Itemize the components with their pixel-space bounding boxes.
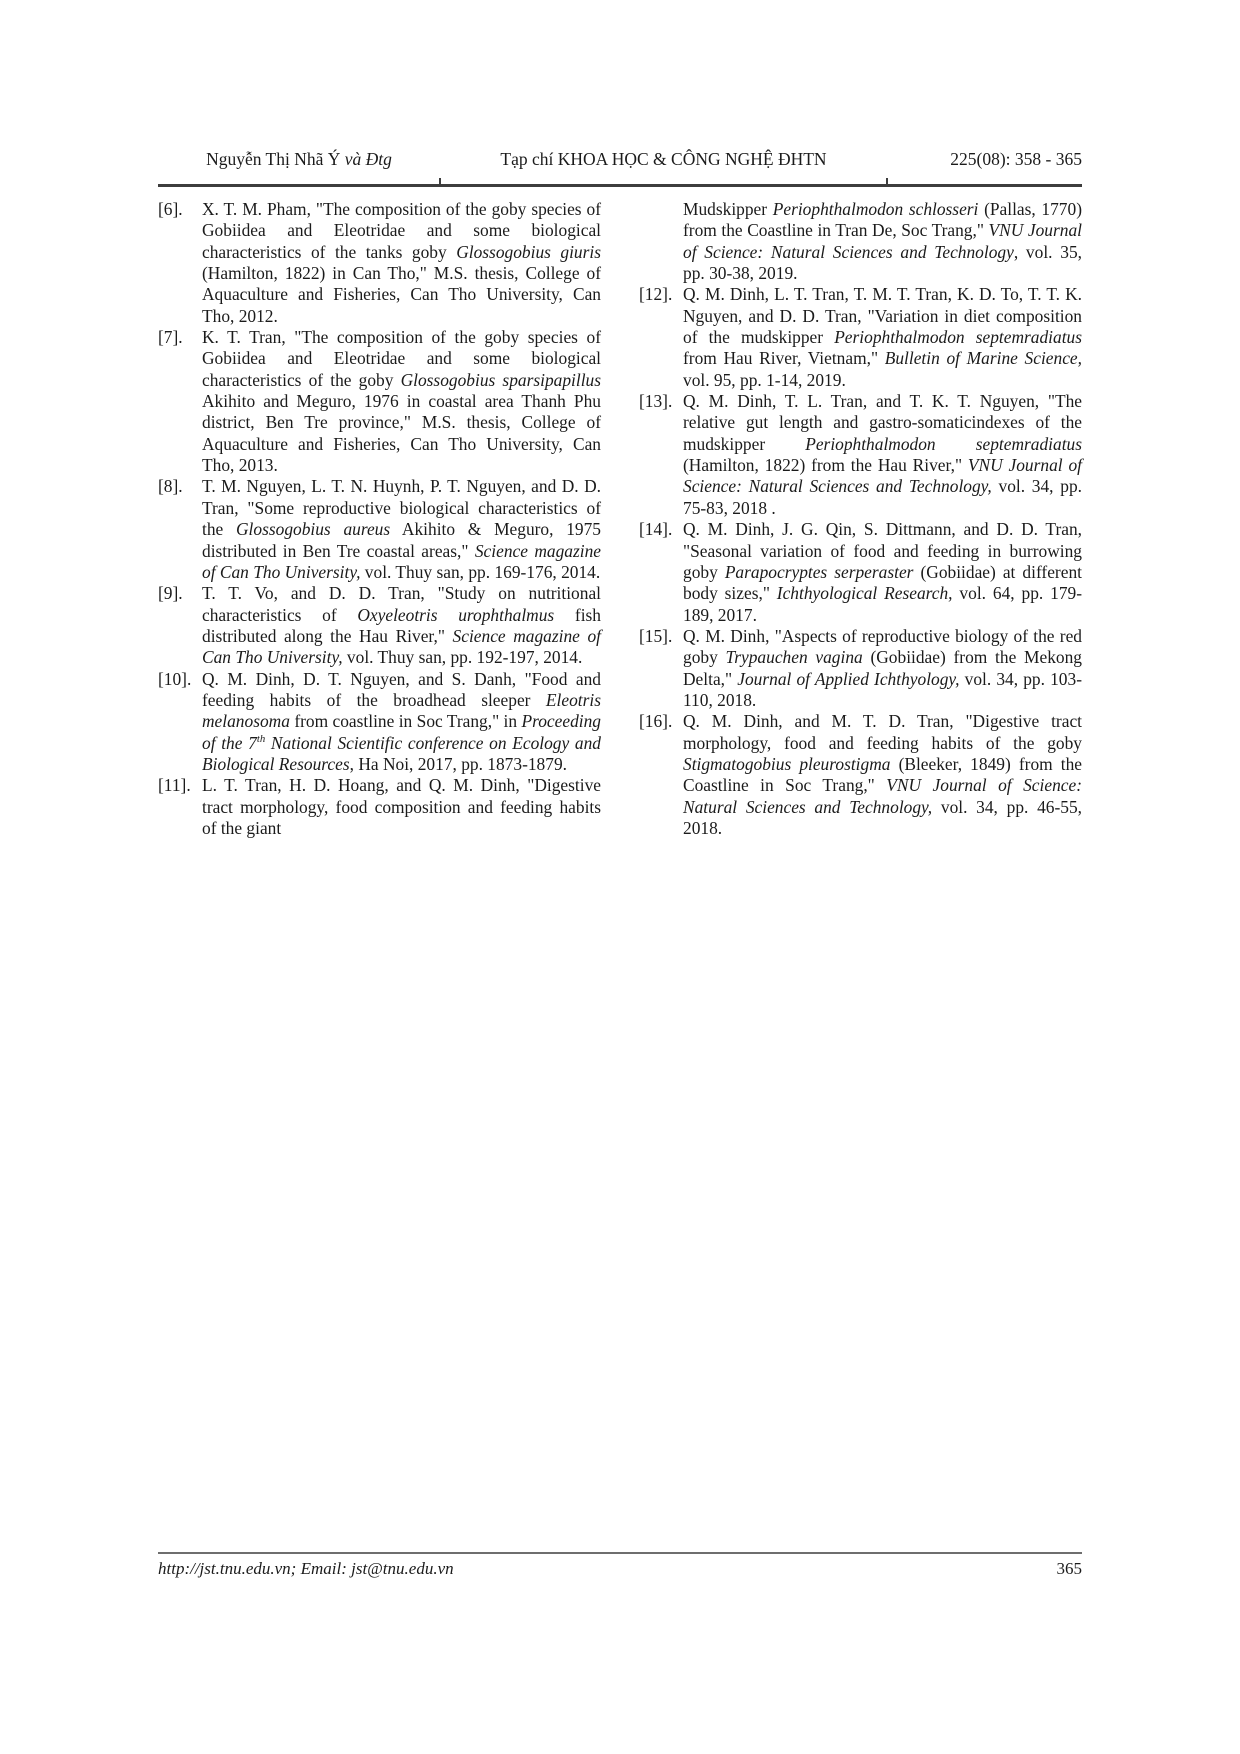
reference-text: vol. 95, pp. 1-14, 2019. (683, 370, 846, 390)
footer-page-number: 365 (1057, 1559, 1083, 1579)
reference-text: L. T. Tran, H. D. Hoang, and Q. M. Dinh,… (202, 775, 601, 838)
page-header: Nguyễn Thị Nhã Ý và Đtg Tạp chí KHOA HỌC… (158, 149, 1082, 170)
reference-text: Mudskipper (683, 199, 773, 219)
reference-item: [16].Q. M. Dinh, and M. T. D. Tran, "Dig… (639, 711, 1082, 839)
reference-label: [6]. (158, 199, 202, 220)
reference-text-italic: th (257, 733, 265, 745)
reference-item: [7].K. T. Tran, "The composition of the … (158, 327, 601, 476)
reference-item: [11].L. T. Tran, H. D. Hoang, and Q. M. … (158, 775, 601, 839)
reference-label: [16]. (639, 711, 683, 732)
reference-item: [8].T. M. Nguyen, L. T. N. Huynh, P. T. … (158, 476, 601, 583)
reference-label: [7]. (158, 327, 202, 348)
page-footer: http://jst.tnu.edu.vn; Email: jst@tnu.ed… (158, 1552, 1082, 1579)
reference-item: [14].Q. M. Dinh, J. G. Qin, S. Dittmann,… (639, 519, 1082, 626)
reference-text: from coastline in Soc Trang," in (290, 711, 522, 731)
header-rule (158, 184, 1082, 187)
references-column-left: [6].X. T. M. Pham, "The composition of t… (158, 199, 601, 839)
header-journal-title: Tạp chí KHOA HỌC & CÔNG NGHỆ ĐHTN (440, 149, 887, 170)
reference-label: [15]. (639, 626, 683, 647)
reference-text-italic: Periophthalmodon septemradiatus (805, 434, 1082, 454)
reference-text-italic: Ichthyological Research, (777, 583, 953, 603)
reference-item: [9].T. T. Vo, and D. D. Tran, "Study on … (158, 583, 601, 668)
references-section: [6].X. T. M. Pham, "The composition of t… (158, 199, 1082, 839)
header-author-etal: và Đtg (345, 149, 392, 169)
reference-text: vol. Thuy san, pp. 169-176, 2014. (360, 562, 600, 582)
document-page: Nguyễn Thị Nhã Ý và Đtg Tạp chí KHOA HỌC… (0, 0, 1240, 1754)
references-column-right: Mudskipper Periophthalmodon schlosseri (… (639, 199, 1082, 839)
reference-text-italic: Glossogobius giuris (456, 242, 601, 262)
reference-text: Q. M. Dinh, D. T. Nguyen, and S. Danh, "… (202, 669, 601, 710)
reference-text-italic: Journal of Applied Ichthyology, (737, 669, 959, 689)
reference-text: (Hamilton, 1822) in Can Tho," M.S. thesi… (202, 263, 601, 326)
reference-item: [6].X. T. M. Pham, "The composition of t… (158, 199, 601, 327)
reference-item: [13].Q. M. Dinh, T. L. Tran, and T. K. T… (639, 391, 1082, 519)
reference-text: from Hau River, Vietnam," (683, 348, 885, 368)
header-author-name: Nguyễn Thị Nhã Ý (206, 149, 340, 169)
header-author: Nguyễn Thị Nhã Ý và Đtg (158, 149, 440, 170)
reference-text-italic: Stigmatogobius pleurostigma (683, 754, 890, 774)
reference-label: [10]. (158, 669, 202, 690)
reference-label: [8]. (158, 476, 202, 497)
reference-label: [14]. (639, 519, 683, 540)
reference-text: (Hamilton, 1822) from the Hau River," (683, 455, 968, 475)
reference-text-italic: Periophthalmodon septemradiatus (834, 327, 1082, 347)
header-issue-pages: 225(08): 358 - 365 (887, 149, 1082, 170)
reference-text-italic: Trypauchen vagina (726, 647, 863, 667)
reference-text: Q. M. Dinh, and M. T. D. Tran, "Digestiv… (683, 711, 1082, 752)
reference-text: , Ha Noi, 2017, pp. 1873-1879. (350, 754, 567, 774)
reference-text-italic: Periophthalmodon schlosseri (773, 199, 979, 219)
footer-site-email: http://jst.tnu.edu.vn; Email: jst@tnu.ed… (158, 1559, 454, 1579)
reference-label: [12]. (639, 284, 683, 305)
header-rule-tick (439, 178, 441, 185)
reference-label: [9]. (158, 583, 202, 604)
reference-text-italic: Oxyeleotris urophthalmus (357, 605, 554, 625)
reference-text-italic: Glossogobius aureus (236, 519, 390, 539)
reference-text-italic: Parapocryptes serperaster (725, 562, 914, 582)
reference-label: [11]. (158, 775, 202, 796)
reference-item: [12].Q. M. Dinh, L. T. Tran, T. M. T. Tr… (639, 284, 1082, 391)
reference-text-italic: Glossogobius sparsipapillus (401, 370, 601, 390)
reference-item: [10].Q. M. Dinh, D. T. Nguyen, and S. Da… (158, 669, 601, 776)
reference-text: Akihito and Meguro, 1976 in coastal area… (202, 391, 601, 475)
header-rule-tick (886, 178, 888, 185)
reference-text-italic: Bulletin of Marine Science, (885, 348, 1082, 368)
reference-text: vol. Thuy san, pp. 192-197, 2014. (343, 647, 583, 667)
reference-label: [13]. (639, 391, 683, 412)
reference-item-continuation: Mudskipper Periophthalmodon schlosseri (… (639, 199, 1082, 284)
reference-item: [15].Q. M. Dinh, "Aspects of reproductiv… (639, 626, 1082, 711)
